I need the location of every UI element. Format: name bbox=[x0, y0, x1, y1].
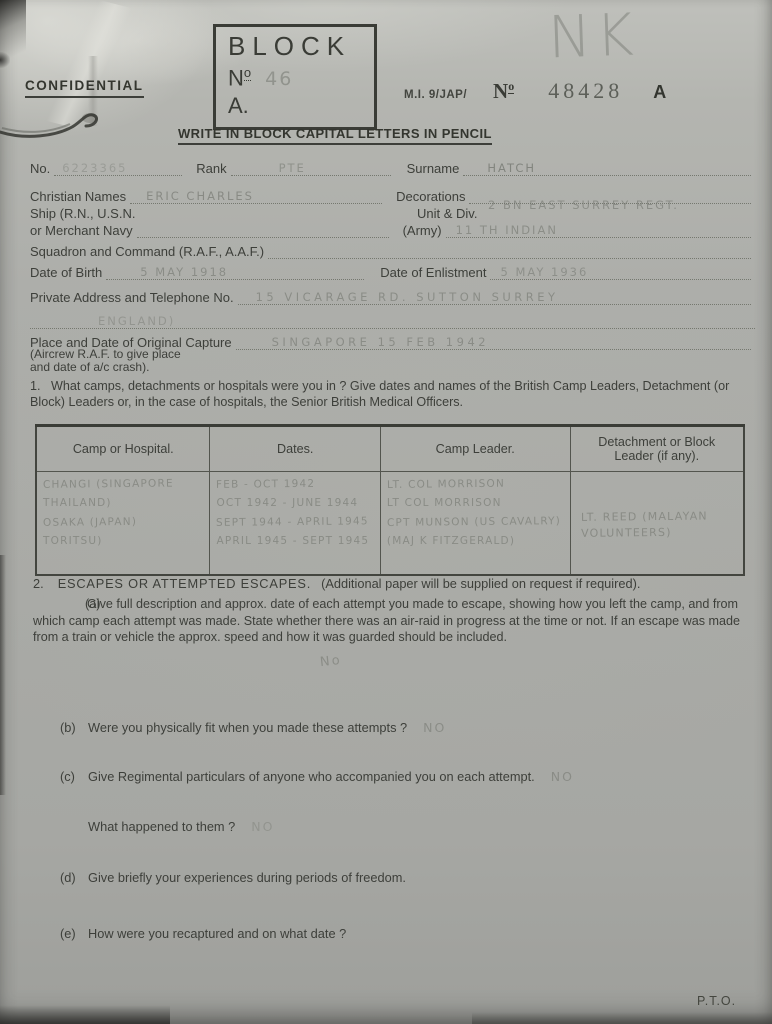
question-2d-text: Give briefly your experiences during per… bbox=[88, 870, 406, 885]
camp-entry: TORITSU) bbox=[43, 532, 207, 551]
enlistment-value: 5 MAY 1936 bbox=[500, 265, 588, 279]
question-2e-text: How were you recaptured and on what date… bbox=[88, 926, 346, 941]
row-address: Private Address and Telephone No. 15 VIC… bbox=[30, 289, 755, 305]
confidential-stamp: CONFIDENTIAL bbox=[25, 78, 144, 98]
row-no-rank-surname: No. 6223365 Rank PTE Surname HATCH bbox=[30, 160, 755, 176]
unit-value-line1: 2 BN EAST SURREY REGT. bbox=[488, 198, 679, 212]
dob-value: 5 MAY 1918 bbox=[140, 265, 228, 279]
decorations-label: Decorations bbox=[396, 189, 465, 204]
question-2c-text: Give Regimental particulars of anyone wh… bbox=[88, 769, 535, 784]
punch-hole-string-icon bbox=[0, 102, 120, 144]
question-2c2: What happened to them ?NO bbox=[88, 819, 274, 834]
cell-leaders: LT. COL MORRISON LT COL MORRISON CPT MUN… bbox=[380, 472, 570, 576]
address-label: Private Address and Telephone No. bbox=[30, 290, 234, 305]
page-turn-over-label: P.T.O. bbox=[697, 994, 736, 1008]
column-header-dates: Dates. bbox=[210, 426, 380, 472]
question-2b: (b)Were you physically fit when you made… bbox=[60, 720, 446, 735]
block-stamp-title: BLOCK bbox=[228, 31, 374, 62]
reference-no-label: No bbox=[493, 79, 514, 103]
unit-line: 11 TH INDIAN bbox=[446, 222, 751, 238]
dates-entry: SEPT 1944 - APRIL 1945 bbox=[216, 512, 378, 533]
surname-line: HATCH bbox=[463, 160, 751, 176]
dates-entry: APRIL 1945 - SEPT 1945 bbox=[216, 532, 377, 551]
question-2d-label: (d) bbox=[60, 870, 88, 885]
camp-entry: OSAKA (JAPAN) bbox=[43, 512, 208, 533]
question-2-note: (Additional paper will be supplied on re… bbox=[321, 576, 640, 591]
no-line: 6223365 bbox=[54, 160, 182, 176]
question-2c2-text: What happened to them ? bbox=[88, 819, 235, 834]
answer-2c: NO bbox=[551, 769, 574, 784]
question-2d: (d)Give briefly your experiences during … bbox=[60, 870, 406, 885]
dates-entry: FEB - OCT 1942 bbox=[216, 474, 378, 495]
question-2e-label: (e) bbox=[60, 926, 88, 941]
christian-names-line: ERIC CHARLES bbox=[130, 188, 382, 204]
instruction-heading: WRITE IN BLOCK CAPITAL LETTERS IN PENCIL bbox=[178, 126, 492, 145]
scan-edge-mark bbox=[0, 52, 10, 68]
question-2-title: ESCAPES OR ATTEMPTED ESCAPES. bbox=[58, 576, 311, 591]
address-value: 15 VICARAGE RD. SUTTON SURREY bbox=[256, 290, 559, 304]
rank-label: Rank bbox=[196, 161, 226, 176]
address-line: 15 VICARAGE RD. SUTTON SURREY bbox=[238, 289, 751, 305]
row-dates: Date of Birth 5 MAY 1918 Date of Enlistm… bbox=[30, 264, 755, 280]
address-value-2: ENGLAND) bbox=[98, 314, 175, 328]
capture-value: SINGAPORE 15 FEB 1942 bbox=[272, 335, 489, 349]
block-number-stamp: BLOCK No46 A. bbox=[213, 24, 377, 130]
camps-table: Camp or Hospital. Dates. Camp Leader. De… bbox=[35, 424, 745, 576]
answer-2a: No bbox=[319, 653, 342, 670]
cell-detachment: LT. REED (MALAYAN VOLUNTEERS) bbox=[570, 472, 744, 576]
reference-suffix: A bbox=[653, 82, 666, 102]
squadron-label: Squadron and Command (R.A.F., A.A.F.) bbox=[30, 244, 264, 259]
question-2-heading: 2.ESCAPES OR ATTEMPTED ESCAPES.(Addition… bbox=[33, 576, 640, 591]
enlistment-line: 5 MAY 1936 bbox=[490, 264, 751, 280]
column-header-camp: Camp or Hospital. bbox=[36, 426, 210, 472]
service-number-value: 6223365 bbox=[62, 161, 127, 175]
answer-2b: NO bbox=[423, 720, 446, 735]
enlistment-label: Date of Enlistment bbox=[380, 265, 486, 280]
reference-number-stamp: 48428 bbox=[548, 78, 623, 103]
camp-entry: THAILAND) bbox=[43, 494, 207, 513]
row-squadron: Squadron and Command (R.A.F., A.A.F.) bbox=[30, 243, 755, 259]
ship-label-line1: Ship (R.N., U.S.N. bbox=[30, 206, 135, 221]
unit-value-line2: 11 TH INDIAN bbox=[456, 223, 558, 237]
detachment-entry: LT. REED (MALAYAN VOLUNTEERS) bbox=[580, 508, 741, 542]
ship-label-line2: or Merchant Navy bbox=[30, 223, 133, 238]
surname-value: HATCH bbox=[487, 161, 536, 175]
column-header-leader: Camp Leader. bbox=[380, 426, 570, 472]
rank-value: PTE bbox=[279, 161, 306, 175]
scan-left-edge bbox=[0, 555, 7, 795]
army-label: (Army) bbox=[403, 223, 442, 238]
question-2c: (c)Give Regimental particulars of anyone… bbox=[60, 769, 574, 784]
leader-entry: CPT MUNSON (US CAVALRY) bbox=[387, 512, 568, 533]
camp-entry: CHANGI (SINGAPORE bbox=[43, 474, 208, 495]
reference-prefix: M.I. 9/JAP/ bbox=[404, 89, 467, 101]
leader-entry: LT. COL MORRISON bbox=[387, 474, 568, 495]
column-header-detachment: Detachment or Block Leader (if any). bbox=[570, 426, 744, 472]
question-2b-label: (b) bbox=[60, 720, 88, 735]
block-number-pencil-value: 46 bbox=[265, 68, 293, 90]
question-2e: (e)How were you recaptured and on what d… bbox=[60, 926, 346, 941]
question-2a: (a)Give full description and approx. dat… bbox=[33, 596, 745, 646]
dob-line: 5 MAY 1918 bbox=[106, 264, 364, 280]
question-2b-text: Were you physically fit when you made th… bbox=[88, 720, 407, 735]
capture-note-2: and date of a/c crash). bbox=[30, 360, 149, 374]
question-2a-label: (a) bbox=[59, 596, 87, 613]
cell-camps: CHANGI (SINGAPORE THAILAND) OSAKA (JAPAN… bbox=[36, 472, 210, 576]
cell-dates: FEB - OCT 1942 OCT 1942 - JUNE 1944 SEPT… bbox=[210, 472, 380, 576]
christian-names-label: Christian Names bbox=[30, 189, 126, 204]
surname-label: Surname bbox=[407, 161, 460, 176]
leader-entry: LT COL MORRISON bbox=[387, 494, 568, 513]
rank-line: PTE bbox=[231, 160, 391, 176]
leader-entry: (MAJ K FITZGERALD) bbox=[387, 532, 568, 551]
scan-bottom-edge-left bbox=[0, 1002, 170, 1024]
capture-note-1: (Aircrew R.A.F. to give place bbox=[30, 347, 181, 361]
question-1: 1. What camps, detachments or hospitals … bbox=[30, 378, 746, 410]
christian-names-value: ERIC CHARLES bbox=[146, 189, 254, 203]
camps-table-data-row: CHANGI (SINGAPORE THAILAND) OSAKA (JAPAN… bbox=[36, 472, 744, 576]
question-2c-label: (c) bbox=[60, 769, 88, 784]
question-2-number: 2. bbox=[33, 576, 44, 591]
question-1-number: 1. bbox=[30, 379, 41, 393]
ship-line bbox=[137, 222, 389, 238]
block-stamp-suffix: A. bbox=[228, 93, 374, 119]
dob-label: Date of Birth bbox=[30, 265, 102, 280]
paper-stain bbox=[120, 24, 210, 84]
question-2a-text: Give full description and approx. date o… bbox=[33, 597, 740, 644]
dates-entry: OCT 1942 - JUNE 1944 bbox=[216, 494, 377, 513]
squadron-line bbox=[268, 243, 751, 259]
answer-2c2: NO bbox=[251, 819, 274, 834]
question-1-text: What camps, detachments or hospitals wer… bbox=[30, 379, 729, 409]
row-ship-unit-bottom: or Merchant Navy (Army) 11 TH INDIAN bbox=[30, 222, 755, 238]
file-reference: M.I. 9/JAP/No48428A bbox=[404, 78, 666, 104]
scan-bottom-edge-right bbox=[472, 1010, 772, 1024]
row-address-2: ENGLAND) bbox=[30, 313, 755, 329]
capture-line: SINGAPORE 15 FEB 1942 bbox=[236, 334, 751, 350]
block-stamp-number-row: No46 bbox=[228, 65, 374, 91]
address-line-2: ENGLAND) bbox=[30, 313, 755, 329]
pow-liberation-questionnaire-page: CONFIDENTIAL BLOCK No46 A. M.I. 9/JAP/No… bbox=[0, 0, 772, 1024]
unit-div-label: Unit & Div. bbox=[417, 206, 477, 221]
pencil-annotation: NK bbox=[547, 0, 639, 71]
camps-table-header-row: Camp or Hospital. Dates. Camp Leader. De… bbox=[36, 426, 744, 472]
no-label: No. bbox=[30, 161, 50, 176]
